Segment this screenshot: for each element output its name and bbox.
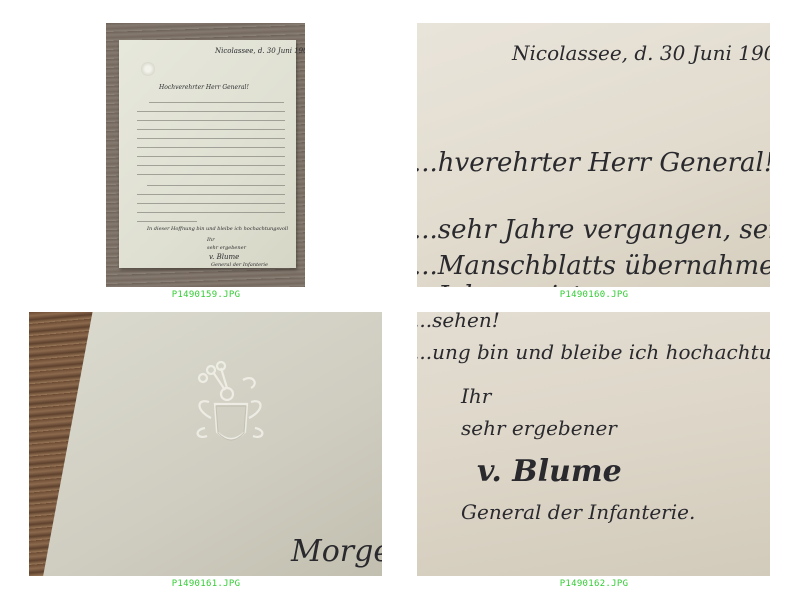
embossed-coat-of-arms-icon — [189, 360, 269, 450]
letter-fragment: Morgen — [291, 534, 382, 569]
letter-signature: v. Blume — [209, 253, 239, 261]
letter-signature: v. Blume — [477, 454, 622, 489]
thumbnail-caption-3[interactable]: P1490161.JPG — [106, 579, 306, 589]
thumbnail-image-4[interactable]: ...sehen! ...ung bin und bleibe ich hoch… — [417, 312, 770, 576]
letter-title: General der Infanterie. — [461, 500, 695, 524]
thumbnail-caption-1[interactable]: P1490159.JPG — [106, 290, 306, 300]
thumbnail-caption-4[interactable]: P1490162.JPG — [494, 579, 694, 589]
letter-salutation: ...hverehrter Herr General! — [417, 148, 770, 178]
letter-closing-ergebener: sehr ergebener — [461, 416, 617, 440]
embossed-crest-icon — [141, 62, 155, 76]
thumbnail-image-1[interactable]: Nicolassee, d. 30 Juni 1909. Hochverehrt… — [106, 23, 305, 287]
letter-closing-ihr: Ihr — [461, 384, 491, 408]
letter-dateline: Nicolassee, d. 30 Juni 1909. — [215, 47, 305, 55]
thumbnail-caption-2[interactable]: P1490160.JPG — [494, 290, 694, 300]
letter-line-0: ...sehen! — [417, 312, 500, 332]
letter-line-2: ...Manschblatts übernahmen, – — [417, 251, 770, 281]
letter-line-1: ...sehr Jahre vergangen, seit Sie die — [417, 215, 770, 245]
letter-closing-ihr: Ihr — [207, 237, 215, 243]
thumbnail-image-3[interactable]: Morgen — [29, 312, 382, 576]
letter-closing-line: In dieser Hoffnung bin und bleibe ich ho… — [147, 226, 288, 232]
letter-closing-ergebener: sehr ergebener — [207, 245, 246, 251]
letter-dateline: Nicolassee, d. 30 Juni 1909. — [512, 41, 770, 65]
letter-line-3: ...Jahre ... ist ... — [417, 281, 615, 287]
letter-closing-line: ...ung bin und bleibe ich hochachtungsvo… — [417, 340, 770, 364]
letter-paper: Nicolassee, d. 30 Juni 1909. Hochverehrt… — [119, 40, 296, 268]
letter-salutation: Hochverehrter Herr General! — [159, 84, 249, 91]
thumbnail-image-2[interactable]: Nicolassee, d. 30 Juni 1909. ...hverehrt… — [417, 23, 770, 287]
letter-title: General der Infanterie — [211, 262, 268, 268]
